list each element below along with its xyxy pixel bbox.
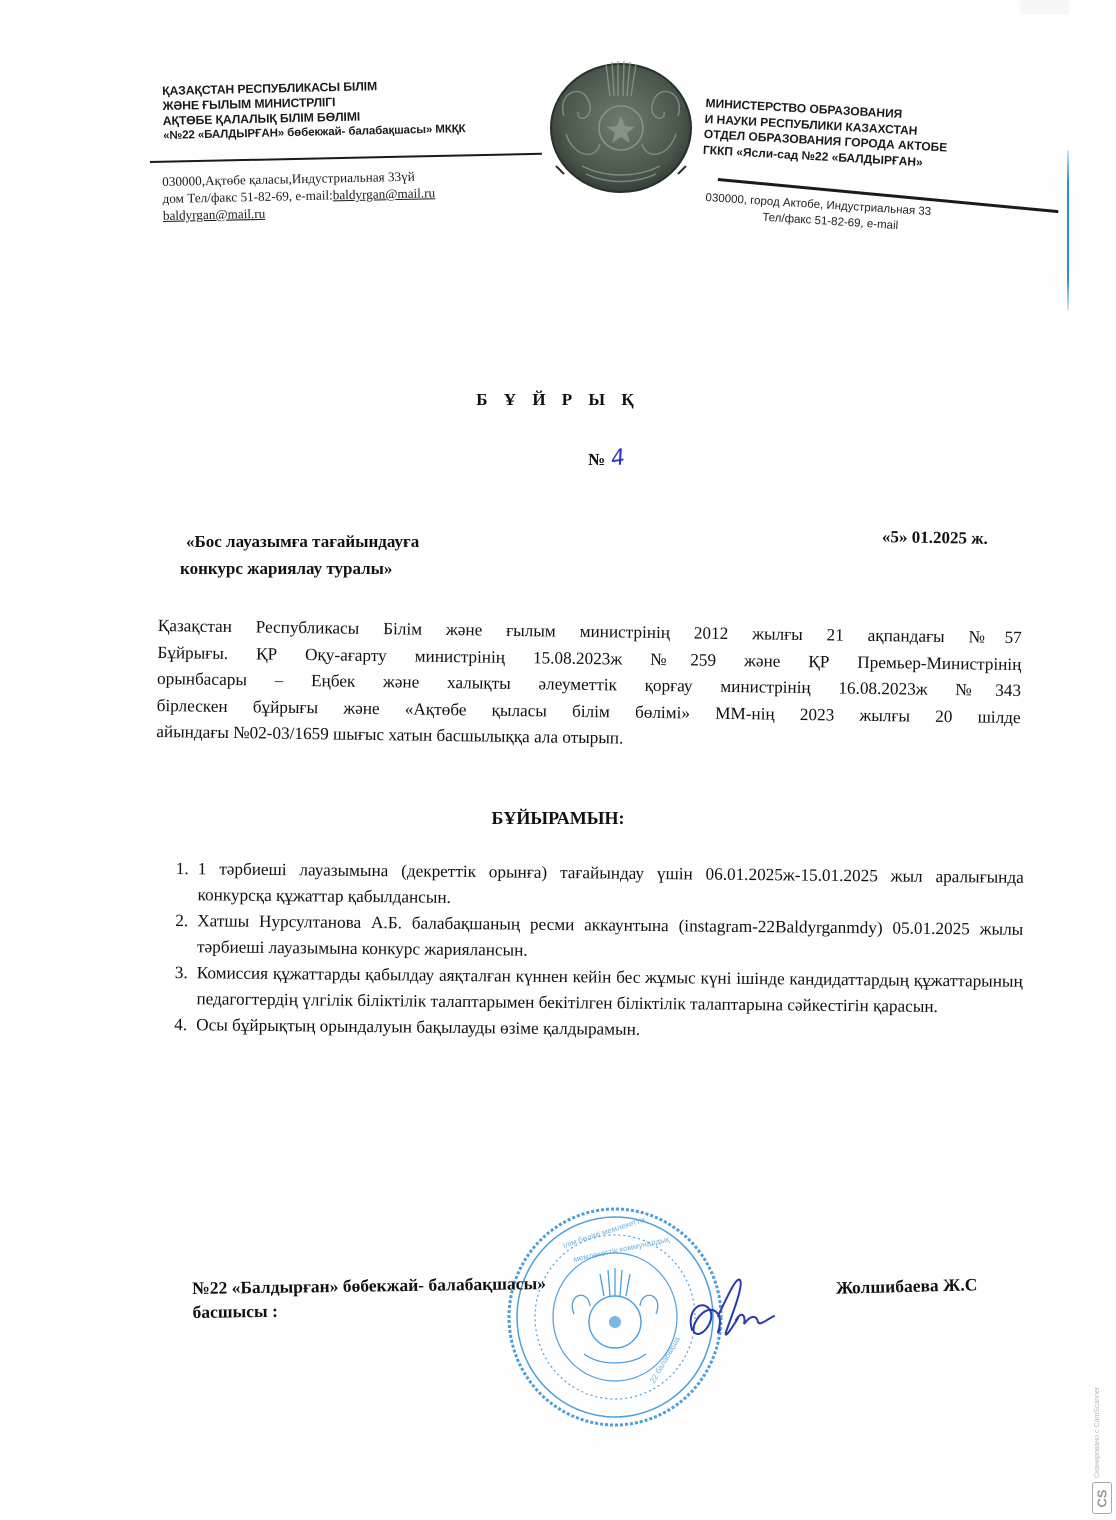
handwritten-signature-icon xyxy=(680,1270,780,1350)
document-title: Б Ұ Й Р Ы Қ xyxy=(0,390,1116,410)
document-number: №4 xyxy=(588,446,625,471)
document-subject: «Бос лауазымға тағайындауға конкурс жари… xyxy=(186,528,419,582)
order-item-number: 4. xyxy=(174,1012,187,1038)
order-item: 2. Хатшы Нурсултанова А.Б. балабақшаның … xyxy=(175,908,1023,969)
order-item-text: 1 тәрбиеші лауазымына (декреттік орынға)… xyxy=(197,856,1023,917)
header-right-address: 030000, город Актобе, Индустриальная 33 … xyxy=(704,190,1015,241)
order-item-text: Хатшы Нурсултанова А.Б. балабақшаның рес… xyxy=(197,908,1023,969)
signatory-org-line: №22 «Балдырған» бөбекжай- балабақшасы» xyxy=(192,1271,546,1300)
header-left-address: 030000,Ақтөбе қаласы,Индустриальная 33үй… xyxy=(162,165,543,224)
order-item-text: Комиссия құжаттарды қабылдау аяқталған к… xyxy=(196,960,1022,1021)
svg-text:22 балабақша: 22 балабақша xyxy=(648,1335,682,1385)
scan-edge-line xyxy=(1067,150,1069,310)
header-right-org: МИНИСТЕРСТВО ОБРАЗОВАНИЯ И НАУКИ РЕСПУБЛ… xyxy=(703,96,1006,175)
order-item: 3. Комиссия құжаттарды қабылдау аяқталға… xyxy=(174,960,1022,1021)
number-label: № xyxy=(588,450,605,469)
order-heading: БҰЙЫРАМЫН: xyxy=(0,808,1116,829)
scan-artifact xyxy=(1020,0,1070,14)
camscanner-logo-text: CS xyxy=(1095,1489,1110,1507)
signatory-name: Жолшибаева Ж.С xyxy=(836,1274,978,1298)
handwritten-number: 4 xyxy=(609,445,626,472)
preamble-paragraph: Қазақстан Республикасы Білім және ғылым … xyxy=(156,613,1022,758)
camscanner-watermark-text: Сканировано с CamScanner xyxy=(1094,1387,1101,1478)
subject-line: «Бос лауазымға тағайындауға xyxy=(186,528,419,555)
signatory-title: басшысы : xyxy=(192,1295,546,1324)
subject-line: конкурс жариялау туралы» xyxy=(180,555,419,582)
address-phone: дом Тел/факс 51-82-69, e-mail: xyxy=(162,187,333,206)
signatory-organization: №22 «Балдырған» бөбекжай- балабақшасы» б… xyxy=(192,1271,546,1324)
order-item-number: 3. xyxy=(175,960,188,986)
header-left-rule xyxy=(150,153,542,163)
header-left-org: ҚАЗАҚСТАН РЕСПУБЛИКАСЫ БІЛІМ ЖӘНЕ ҒЫЛЫМ … xyxy=(162,75,553,144)
state-emblem-icon xyxy=(546,56,696,196)
document-date: «5» 01.2025 ж. xyxy=(882,527,988,549)
order-item-number: 1. xyxy=(176,856,189,882)
order-item: 1. 1 тәрбиеші лауазымына (декреттік орын… xyxy=(175,856,1023,917)
email-link[interactable]: baldyrgan@mail.ru xyxy=(333,185,436,202)
document-page: ҚАЗАҚСТАН РЕСПУБЛИКАСЫ БІЛІМ ЖӘНЕ ҒЫЛЫМ … xyxy=(0,0,1116,1520)
order-list: 1. 1 тәрбиеші лауазымына (декреттік орын… xyxy=(174,856,1024,1047)
camscanner-logo-icon: CS xyxy=(1092,1482,1112,1514)
order-item-number: 2. xyxy=(175,908,188,934)
